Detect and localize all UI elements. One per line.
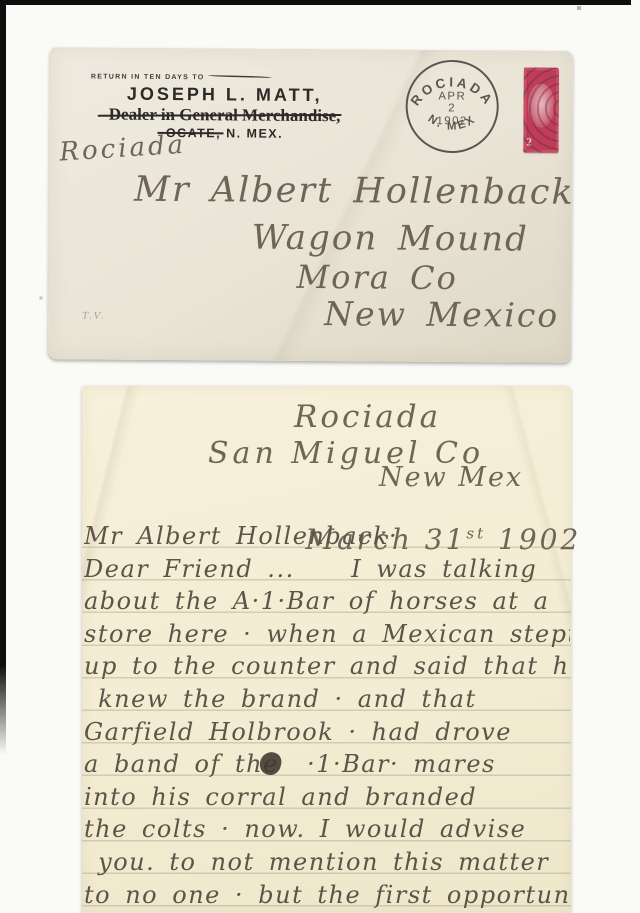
address-town: Wagon Mound xyxy=(252,218,529,260)
letter-line: knew the brand · and that xyxy=(84,683,570,716)
scanner-edge-left xyxy=(0,0,6,755)
letter-line: the colts · now. I would advise xyxy=(84,813,570,846)
scanned-document: RETURN IN TEN DAYS TO JOSEPH L. MATT, De… xyxy=(0,0,640,913)
letter-heading-state: New Mex xyxy=(379,462,523,493)
letter-line: about the A·1·Bar of horses at a xyxy=(84,585,570,618)
letterhead-name: JOSEPH L. MATT, xyxy=(50,83,400,106)
postmark-icon: ROCIADA APR 2 1902 N. MEX xyxy=(402,57,502,157)
letter-heading-town: Rociada xyxy=(294,399,441,435)
postmark-month: APR xyxy=(438,90,466,102)
pencil-initials: T.V. xyxy=(82,311,105,321)
letter-line: Garfield Holbrook · had drove xyxy=(84,716,570,749)
cancellation-mark-icon xyxy=(523,67,559,152)
letter-line: you. to not mention this matter xyxy=(84,846,570,879)
letter-line: a band of the ·1·Bar· mares xyxy=(84,748,570,781)
postmark-day: 2 xyxy=(448,102,456,114)
scanner-edge-top xyxy=(0,0,631,5)
address-state: New Mexico xyxy=(324,294,559,335)
letter-line: to no one · but the first opportunity xyxy=(84,879,570,912)
letter-line: store here · when a Mexican stept xyxy=(84,618,570,651)
postage-stamp: 2 xyxy=(523,67,559,152)
address-county: Mora Co xyxy=(296,258,458,297)
address-recipient: Mr Albert Hollenback xyxy=(134,170,575,213)
letterhead-state: N. MEX. xyxy=(221,126,283,140)
envelope: RETURN IN TEN DAYS TO JOSEPH L. MATT, De… xyxy=(48,47,573,363)
letter-line: up to the counter and said that he xyxy=(84,650,570,683)
letter-line: Mr Albert Hollenback· xyxy=(84,520,570,553)
dust-specks xyxy=(0,0,2,2)
letterhead-business-struck: Dealer in General Merchandise, xyxy=(50,104,400,126)
blank-rule xyxy=(208,75,272,77)
letter-line: Dear Friend ... I was talking xyxy=(84,553,570,586)
return-label: RETURN IN TEN DAYS TO xyxy=(91,73,205,81)
letter-page: Rociada San Miguel Co New Mex March 31st… xyxy=(82,386,571,913)
letter-body: Mr Albert Hollenback· Dear Friend ... I … xyxy=(84,520,570,911)
return-address-line: RETURN IN TEN DAYS TO xyxy=(91,73,272,81)
letter-line: into his corral and branded xyxy=(84,781,570,814)
